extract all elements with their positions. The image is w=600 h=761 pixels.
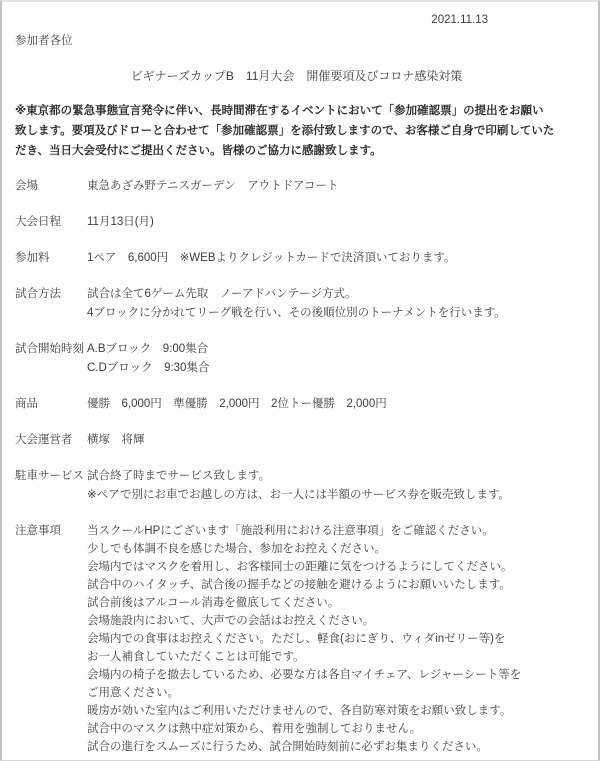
detail-value-line: 優勝 6,000円 準優勝 2,000円 2位トー優勝 2,000円	[87, 395, 578, 414]
detail-value-line: 1ペア 6,600円 ※WEBよりクレジットカードで決済頂いております。	[87, 249, 578, 268]
detail-value-line: 試合中のハイタッチ、試合後の握手などの接触を避けるようにお願いいたします。	[87, 576, 578, 594]
notice-line: 致します。要項及びドローと合わせて「参加確認票」を添付致しますので、お客様ご自身…	[15, 121, 578, 141]
detail-row-match-format: 試合方法 試合は全て6ゲーム先取 ノーアドバンテージ方式。 4ブロックに分かれて…	[15, 285, 578, 323]
detail-row-venue: 会場 東急あざみ野テニスガーデン アウトドアコート	[15, 177, 578, 196]
detail-value-line: A.Bブロック 9:00集合	[87, 340, 578, 359]
detail-value-line: 少しでも体調不良を感じた場合、参加をお控えください。	[87, 540, 578, 558]
detail-value-line: 会場施設内において、大声での会話はお控えください。	[87, 612, 578, 630]
detail-value-line: 4ブロックに分かれてリーグ戦を行い、その後順位別のトーナメントを行います。	[87, 304, 578, 323]
page-title: ビギナーズカップB 11月大会 開催要項及びコロナ感染対策	[15, 66, 578, 87]
detail-value: 11月13日(月)	[87, 213, 578, 232]
detail-value-line: ご用意ください。	[87, 684, 578, 702]
document-date: 2021.11.13	[15, 10, 578, 31]
detail-value-line: 11月13日(月)	[87, 213, 578, 232]
detail-label: 商品	[15, 395, 87, 414]
notice-line: だき、当日大会受付にご提出ください。皆様のご協力に感謝致します。	[15, 141, 578, 161]
detail-value-line: 当スクールHPにございます「施設利用における注意事項」をご確認ください。	[87, 522, 578, 540]
detail-row-date: 大会日程 11月13日(月)	[15, 213, 578, 232]
detail-label: 試合方法	[15, 285, 87, 323]
detail-value: A.Bブロック 9:00集合 C.Dブロック 9:30集合	[87, 340, 578, 378]
notice-line: ※東京都の緊急事態宣言発令に伴い、長時間滞在するイベントにおいて「参加確認票」の…	[15, 101, 578, 121]
detail-value-line: お一人補食していただくことは可能です。	[87, 648, 578, 666]
detail-row-fee: 参加料 1ペア 6,600円 ※WEBよりクレジットカードで決済頂いております。	[15, 249, 578, 268]
detail-row-notes: 注意事項 当スクールHPにございます「施設利用における注意事項」をご確認ください…	[15, 522, 578, 756]
detail-value-line: 会場内での食事はお控えください。ただし、軽食(おにぎり、ウィダinゼリー等)を	[87, 630, 578, 648]
detail-row-prizes: 商品 優勝 6,000円 準優勝 2,000円 2位トー優勝 2,000円	[15, 395, 578, 414]
detail-value: 試合終了時までサービス致します。 ※ペアで別にお車でお越しの方は、お一人には半額…	[87, 467, 578, 505]
detail-label: 駐車サービス	[15, 467, 87, 505]
detail-row-parking: 駐車サービス 試合終了時までサービス致します。 ※ペアで別にお車でお越しの方は、…	[15, 467, 578, 505]
detail-label: 注意事項	[15, 522, 87, 756]
detail-value-line: C.Dブロック 9:30集合	[87, 359, 578, 378]
detail-value: 当スクールHPにございます「施設利用における注意事項」をご確認ください。 少しで…	[87, 522, 578, 756]
detail-value: 試合は全て6ゲーム先取 ノーアドバンテージ方式。 4ブロックに分かれてリーグ戦を…	[87, 285, 578, 323]
detail-value-line: 会場内の椅子を撤去しているため、必要な方は各自マイチェア、レジャーシート等を	[87, 666, 578, 684]
detail-label: 大会日程	[15, 213, 87, 232]
detail-label: 参加料	[15, 249, 87, 268]
detail-value-line: 試合の進行をスムーズに行うため、試合開始時刻前に必ずお集まりください。	[87, 738, 578, 756]
detail-value-line: 横塚 将輝	[87, 431, 578, 450]
detail-row-start-time: 試合開始時刻 A.Bブロック 9:00集合 C.Dブロック 9:30集合	[15, 340, 578, 378]
detail-value-line: 東急あざみ野テニスガーデン アウトドアコート	[87, 177, 578, 196]
detail-value: 1ペア 6,600円 ※WEBよりクレジットカードで決済頂いております。	[87, 249, 578, 268]
detail-label: 大会運営者	[15, 431, 87, 450]
details-section: 会場 東急あざみ野テニスガーデン アウトドアコート 大会日程 11月13日(月)…	[15, 177, 578, 756]
detail-value-line: 暖房が効いた室内はご利用いただけませんので、各自防寒対策をお願い致します。	[87, 702, 578, 720]
detail-value: 東急あざみ野テニスガーデン アウトドアコート	[87, 177, 578, 196]
detail-value-line: ※ペアで別にお車でお越しの方は、お一人には半額のサービス券を販売致します。	[87, 486, 578, 505]
detail-value-line: 試合前後はアルコール消毒を徹底してください。	[87, 594, 578, 612]
detail-value-line: 会場内ではマスクを着用し、お客様同士の距離に気をつけるようにしてください。	[87, 558, 578, 576]
detail-label: 試合開始時刻	[15, 340, 87, 378]
document-page: 2021.11.13 参加者各位 ビギナーズカップB 11月大会 開催要項及びコ…	[0, 0, 600, 761]
detail-label: 会場	[15, 177, 87, 196]
detail-row-organizer: 大会運営者 横塚 将輝	[15, 431, 578, 450]
detail-value: 優勝 6,000円 準優勝 2,000円 2位トー優勝 2,000円	[87, 395, 578, 414]
salutation: 参加者各位	[15, 31, 578, 52]
notice-paragraph: ※東京都の緊急事態宣言発令に伴い、長時間滞在するイベントにおいて「参加確認票」の…	[15, 101, 578, 161]
detail-value-line: 試合は全て6ゲーム先取 ノーアドバンテージ方式。	[87, 285, 578, 304]
detail-value-line: 試合中のマスクは熱中症対策から、着用を強制しておりません。	[87, 720, 578, 738]
detail-value-line: 試合終了時までサービス致します。	[87, 467, 578, 486]
detail-value: 横塚 将輝	[87, 431, 578, 450]
